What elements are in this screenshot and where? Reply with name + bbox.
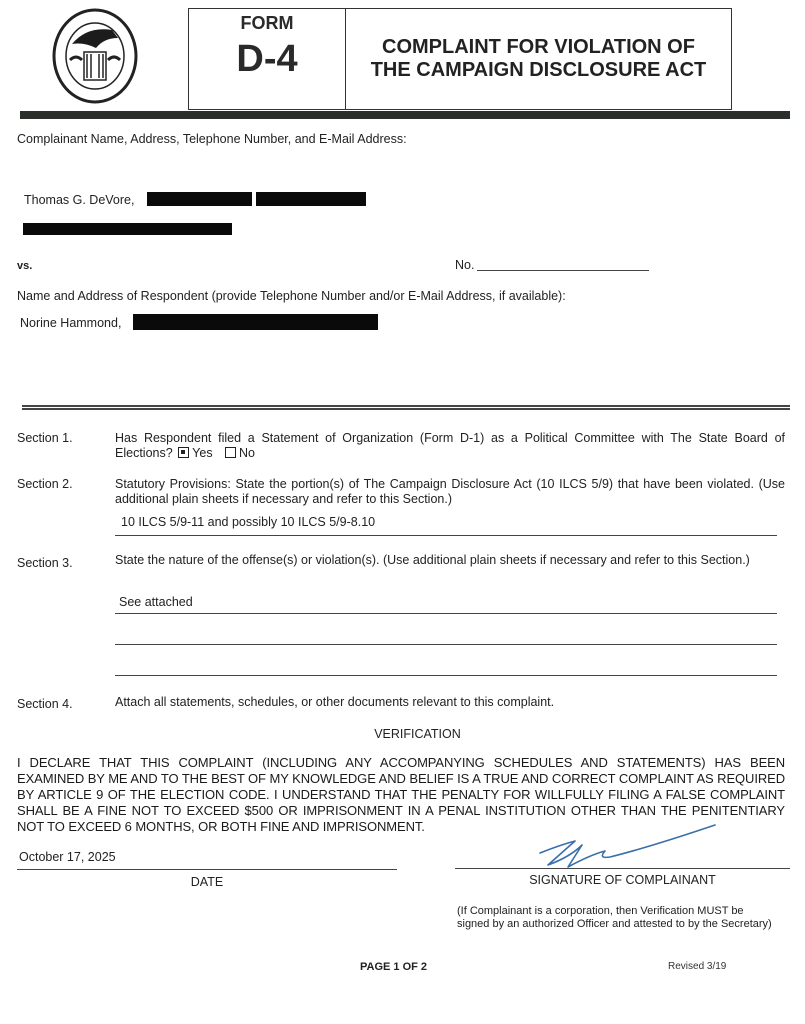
section-2-answer-line [115, 535, 777, 536]
header-rule [20, 111, 790, 119]
form-title: COMPLAINT FOR VIOLATION OF THE CAMPAIGN … [371, 36, 707, 82]
section-3-answer-line-1 [115, 613, 777, 614]
form-title-line-2: THE CAMPAIGN DISCLOSURE ACT [371, 59, 707, 82]
respondent-name: Norine Hammond, [20, 316, 121, 331]
form-title-box: COMPLAINT FOR VIOLATION OF THE CAMPAIGN … [346, 8, 732, 110]
section-3-answer-line-2[interactable] [115, 644, 777, 645]
signature-label: SIGNATURE OF COMPLAINANT [455, 873, 790, 888]
form-number-box: FORM D-4 [188, 8, 346, 110]
no-label: No [239, 446, 255, 460]
form-number: D-4 [189, 38, 345, 81]
section-3-label: Section 3. [17, 556, 73, 570]
date-value[interactable]: October 17, 2025 [19, 850, 116, 865]
complainant-signature [520, 815, 720, 875]
section-3-answer-line-3[interactable] [115, 675, 777, 676]
section-3-instructions: State the nature of the offense(s) or vi… [115, 553, 785, 568]
date-label: DATE [17, 875, 397, 890]
section-1-body: Has Respondent filed a Statement of Orga… [115, 431, 785, 461]
date-line [17, 869, 397, 870]
respondent-label: Name and Address of Respondent (provide … [17, 289, 566, 304]
section-1-question: Has Respondent filed a Statement of Orga… [115, 431, 785, 460]
verification-heading: VERIFICATION [0, 727, 805, 742]
form-label: FORM [189, 13, 345, 34]
redacted-respondent-address [133, 314, 378, 330]
complainant-label: Complainant Name, Address, Telephone Num… [17, 132, 407, 147]
section-1-label: Section 1. [17, 431, 73, 445]
redacted-address-2 [256, 192, 366, 206]
state-board-of-elections-seal [52, 8, 138, 104]
form-title-line-1: COMPLAINT FOR VIOLATION OF [371, 36, 707, 59]
complainant-name: Thomas G. DeVore, [24, 193, 134, 208]
vs-label: vs. [17, 259, 32, 274]
page-number: PAGE 1 OF 2 [360, 961, 427, 973]
yes-checkbox[interactable] [178, 447, 189, 458]
no-checkbox[interactable] [225, 447, 236, 458]
case-number-field[interactable] [477, 270, 649, 271]
yes-label: Yes [192, 446, 212, 460]
signature-line [455, 868, 790, 869]
section-3-answer[interactable]: See attached [119, 595, 193, 610]
section-2-answer[interactable]: 10 ILCS 5/9-11 and possibly 10 ILCS 5/9-… [121, 515, 375, 530]
section-4-label: Section 4. [17, 697, 73, 711]
section-divider [22, 405, 790, 410]
revision-date: Revised 3/19 [668, 961, 726, 972]
section-4-instructions: Attach all statements, schedules, or oth… [115, 695, 785, 710]
section-2-instructions: Statutory Provisions: State the portion(… [115, 477, 785, 507]
section-2-label: Section 2. [17, 477, 73, 491]
case-number-label: No. [455, 258, 474, 273]
redacted-contact [23, 223, 232, 235]
redacted-address-1 [147, 192, 252, 206]
corporation-note: (If Complainant is a corporation, then V… [457, 905, 777, 931]
